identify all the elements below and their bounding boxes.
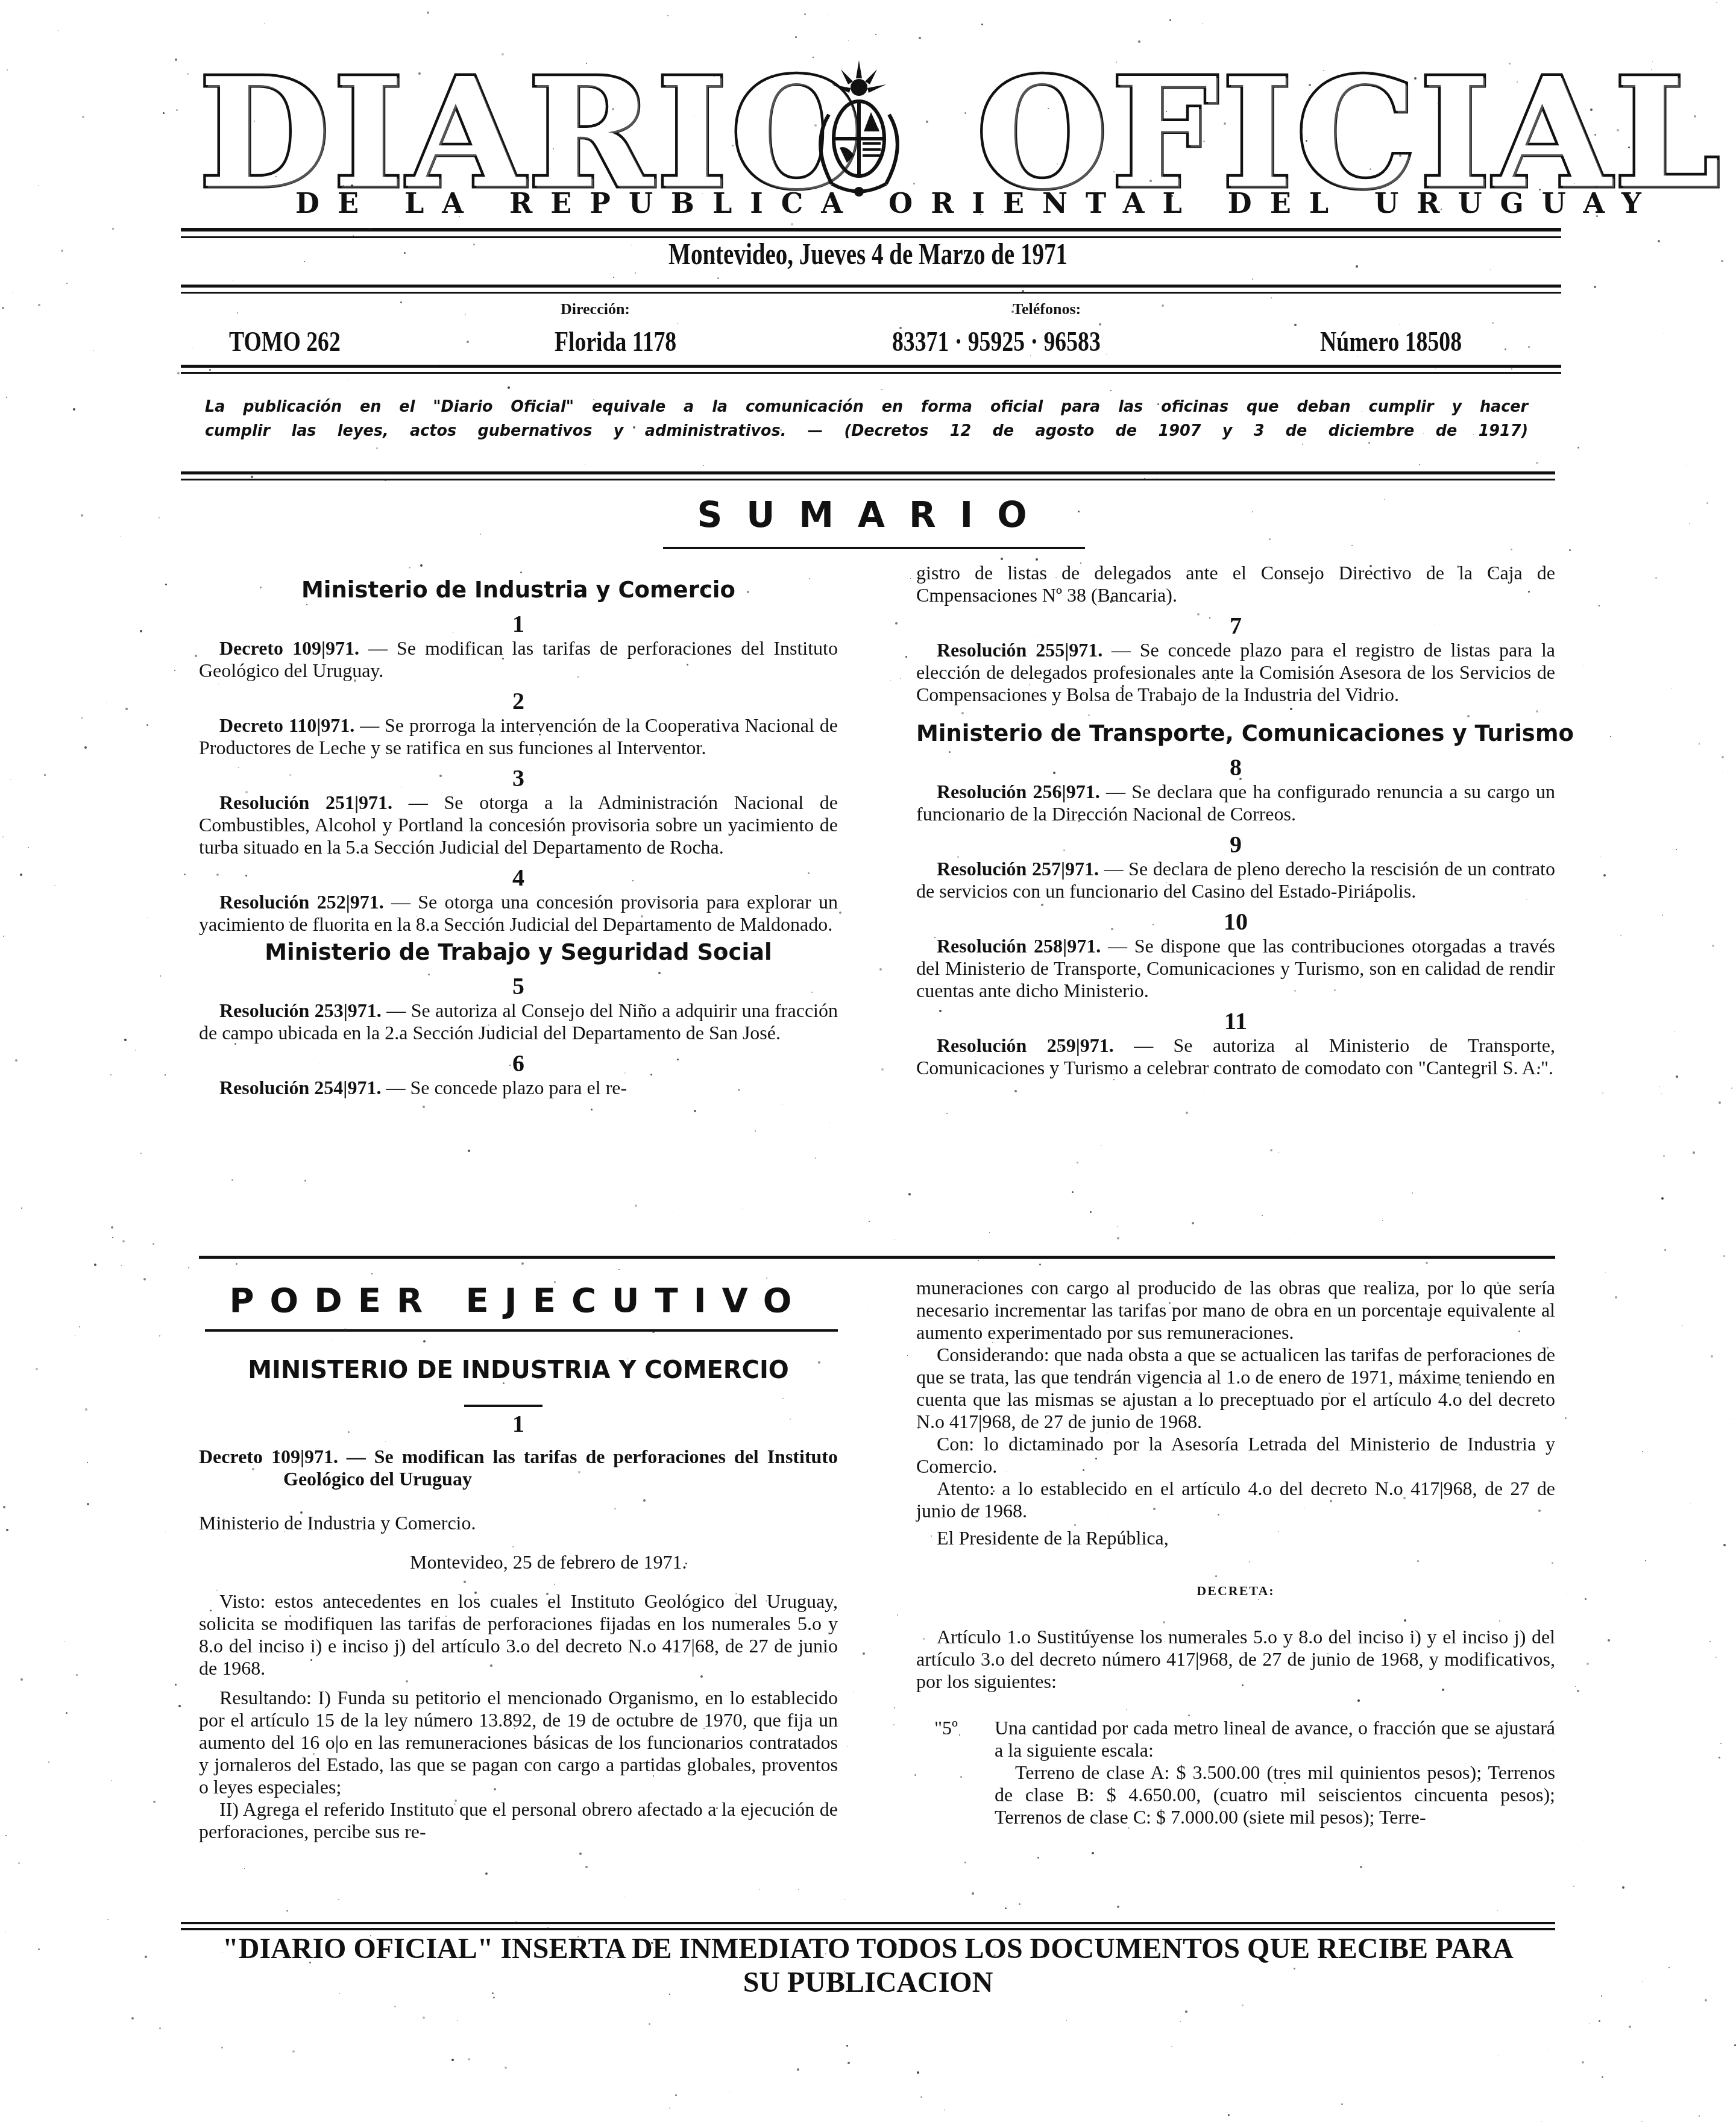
telefonos: 83371 · 95925 · 96583 [892, 326, 1101, 357]
terrenos-text: Terreno de clase A: $ 3.500.00 (tres mil… [995, 1762, 1555, 1828]
sumario-list: 8Resolución 256|971. — Se declara que ha… [916, 754, 1555, 1079]
sumario-list: 1Decreto 109|971. — Se modifican las tar… [199, 611, 838, 936]
ministry-heading: Ministerio de Transporte, Comunicaciones… [916, 719, 1555, 748]
masthead-title-right: OFICIAL [976, 66, 1724, 199]
atento-paragraph: Atento: a lo establecido en el artículo … [916, 1478, 1555, 1522]
divider [181, 228, 1561, 231]
resultando-paragraph: Resultando: I) Funda su petitorio el men… [199, 1687, 838, 1798]
item-number: 10 [916, 908, 1555, 935]
item-number: 1 [199, 611, 838, 637]
presidente-line: El Presidente de la República, [916, 1527, 1555, 1549]
con-paragraph: Con: lo dictaminado por la Asesoría Letr… [916, 1433, 1555, 1478]
sumario-entry: Resolución 257|971. — Se declara de plen… [916, 858, 1555, 902]
entry-lead: Resolución 254|971. [219, 1077, 386, 1098]
divider [181, 285, 1561, 288]
divider [663, 547, 1085, 549]
item-number: 11 [916, 1008, 1555, 1034]
sumario-entry: Resolución 258|971. — Se dispone que las… [916, 935, 1555, 1002]
masthead-title-left: DIARIO [199, 66, 866, 199]
sumario-entry: Resolución 252|971. — Se otorga una conc… [199, 891, 838, 936]
item-number: 1 [199, 1411, 838, 1437]
considerando-paragraph: Considerando: que nada obsta a que se ac… [916, 1344, 1555, 1433]
item-number: 8 [916, 754, 1555, 781]
coat-of-arms-icon [805, 54, 913, 205]
sumario-entry: Resolución 251|971. — Se otorga a la Adm… [199, 792, 838, 858]
sumario-list: 5Resolución 253|971. — Se autoriza al Co… [199, 973, 838, 1099]
articulo-text: Artículo 1.o Sustitúyense los numerales … [916, 1626, 1555, 1692]
legal-notice-line: La publicación en el "Diario Oficial" eq… [205, 395, 1528, 419]
decree-right-column: muneraciones con cargo al producido de l… [916, 1277, 1555, 1828]
legal-notice-line: cumplir las leyes, actos gubernativos y … [205, 419, 1528, 443]
decree-heading: Decreto 109|971. — Se modifican las tari… [199, 1446, 838, 1490]
footer-line: SU PUBLICACION [181, 1966, 1555, 2000]
direccion: Florida 1178 [555, 326, 676, 357]
sumario-entry: Decreto 109|971. — Se modifican las tari… [199, 637, 838, 682]
legal-notice: La publicación en el "Diario Oficial" eq… [205, 395, 1528, 443]
divider [181, 292, 1561, 294]
item-number: 4 [199, 864, 838, 891]
sumario-title: SUMARIO [663, 494, 1085, 535]
numeral-label: "5º [916, 1717, 995, 1828]
decree-left-column: 1 Decreto 109|971. — Se modifican las ta… [199, 1411, 838, 1843]
sumario-entry: Decreto 110|971. — Se prorroga la interv… [199, 714, 838, 759]
continuation-text: muneraciones con cargo al producido de l… [916, 1277, 1555, 1344]
sumario-list: 7Resolución 255|971. — Se concede plazo … [916, 612, 1555, 706]
item-number: 6 [199, 1050, 838, 1077]
item-number: 9 [916, 831, 1555, 858]
place-date: Montevideo, 25 de febrero de 1971. [199, 1551, 838, 1573]
item-number: 3 [199, 765, 838, 792]
divider [181, 365, 1561, 368]
ministry-heading: Ministerio de Trabajo y Seguridad Social [199, 938, 838, 967]
sumario-left-column: Ministerio de Industria y Comercio 1Decr… [199, 576, 838, 1099]
entry-lead: Resolución 258|971. [937, 935, 1108, 957]
numero: Número 18508 [1320, 326, 1462, 357]
resultando-paragraph: II) Agrega el referido Instituto que el … [199, 1798, 838, 1843]
entry-lead: Resolución 255|971. [937, 639, 1112, 661]
sumario-entry: Resolución 256|971. — Se declara que ha … [916, 781, 1555, 825]
sumario-entry: Resolución 255|971. — Se concede plazo p… [916, 639, 1555, 706]
dateline: Montevideo, Jueves 4 de Marzo de 1971 [332, 236, 1404, 271]
numeral-text: Una cantidad por cada metro lineal de av… [995, 1717, 1555, 1762]
divider [181, 471, 1555, 474]
ministry-title: MINISTERIO DE INDUSTRIA Y COMERCIO [199, 1356, 838, 1384]
entry-text: — Se concede plazo para el re- [386, 1077, 627, 1098]
sumario-entry: Resolución 254|971. — Se concede plazo p… [199, 1077, 838, 1099]
masthead-subtitle: DE LA REPUBLICA ORIENTAL DEL URUGUAY [295, 187, 1495, 219]
footer-banner: "DIARIO OFICIAL" INSERTA DE INMEDIATO TO… [181, 1932, 1555, 2000]
sumario-right-column: gistro de listas de delegados ante el Co… [916, 562, 1555, 1079]
entry-lead: Resolución 259|971. [937, 1034, 1134, 1056]
telefonos-label: Teléfonos: [1013, 300, 1081, 318]
articulo-paragraph: Artículo 1.o Sustitúyense los numerales … [916, 1626, 1555, 1693]
divider [205, 1329, 838, 1332]
numeral-body: Una cantidad por cada metro lineal de av… [995, 1717, 1555, 1828]
sumario-entry: Resolución 253|971. — Se autoriza al Con… [199, 1000, 838, 1044]
divider [464, 1405, 542, 1407]
item-number: 2 [199, 688, 838, 714]
ministry-heading: Ministerio de Industria y Comercio [199, 576, 838, 605]
decree-lead: Decreto 109|971. [199, 1446, 338, 1467]
direccion-label: Dirección: [561, 300, 630, 318]
issuer: Ministerio de Industria y Comercio. [199, 1512, 838, 1534]
item-number: 5 [199, 973, 838, 1000]
numeral-block: "5º Una cantidad por cada metro lineal d… [916, 1717, 1555, 1828]
entry-lead: Resolución 251|971. [219, 792, 409, 813]
divider [181, 372, 1561, 374]
newspaper-page: DIARIO OFICIAL [0, 0, 1736, 2122]
tomo: TOMO 262 [229, 326, 341, 357]
entry-lead: Resolución 253|971. [219, 1000, 386, 1021]
divider [181, 1922, 1555, 1924]
continuation-text: gistro de listas de delegados ante el Co… [916, 562, 1555, 606]
decree-title: — Se modifican las tarifas de perforacio… [283, 1446, 838, 1490]
sumario-entry: Resolución 259|971. — Se autoriza al Min… [916, 1034, 1555, 1079]
decreta-heading: DECRETA: [916, 1579, 1555, 1602]
visto-paragraph: Visto: estos antecedentes en los cuales … [199, 1590, 838, 1680]
entry-lead: Resolución 256|971. [937, 781, 1106, 802]
item-number: 7 [916, 612, 1555, 639]
entry-lead: Resolución 257|971. [937, 858, 1104, 880]
entry-lead: Decreto 109|971. [219, 637, 368, 659]
masthead: DIARIO OFICIAL [199, 54, 1555, 205]
entry-lead: Decreto 110|971. [219, 714, 360, 736]
poder-ejecutivo-title: PODER EJECUTIVO [199, 1281, 838, 1320]
divider [181, 1928, 1555, 1930]
entry-lead: Resolución 252|971. [219, 891, 391, 913]
divider [181, 479, 1555, 480]
divider [199, 1256, 1555, 1259]
footer-line: "DIARIO OFICIAL" INSERTA DE INMEDIATO TO… [181, 1932, 1555, 1966]
